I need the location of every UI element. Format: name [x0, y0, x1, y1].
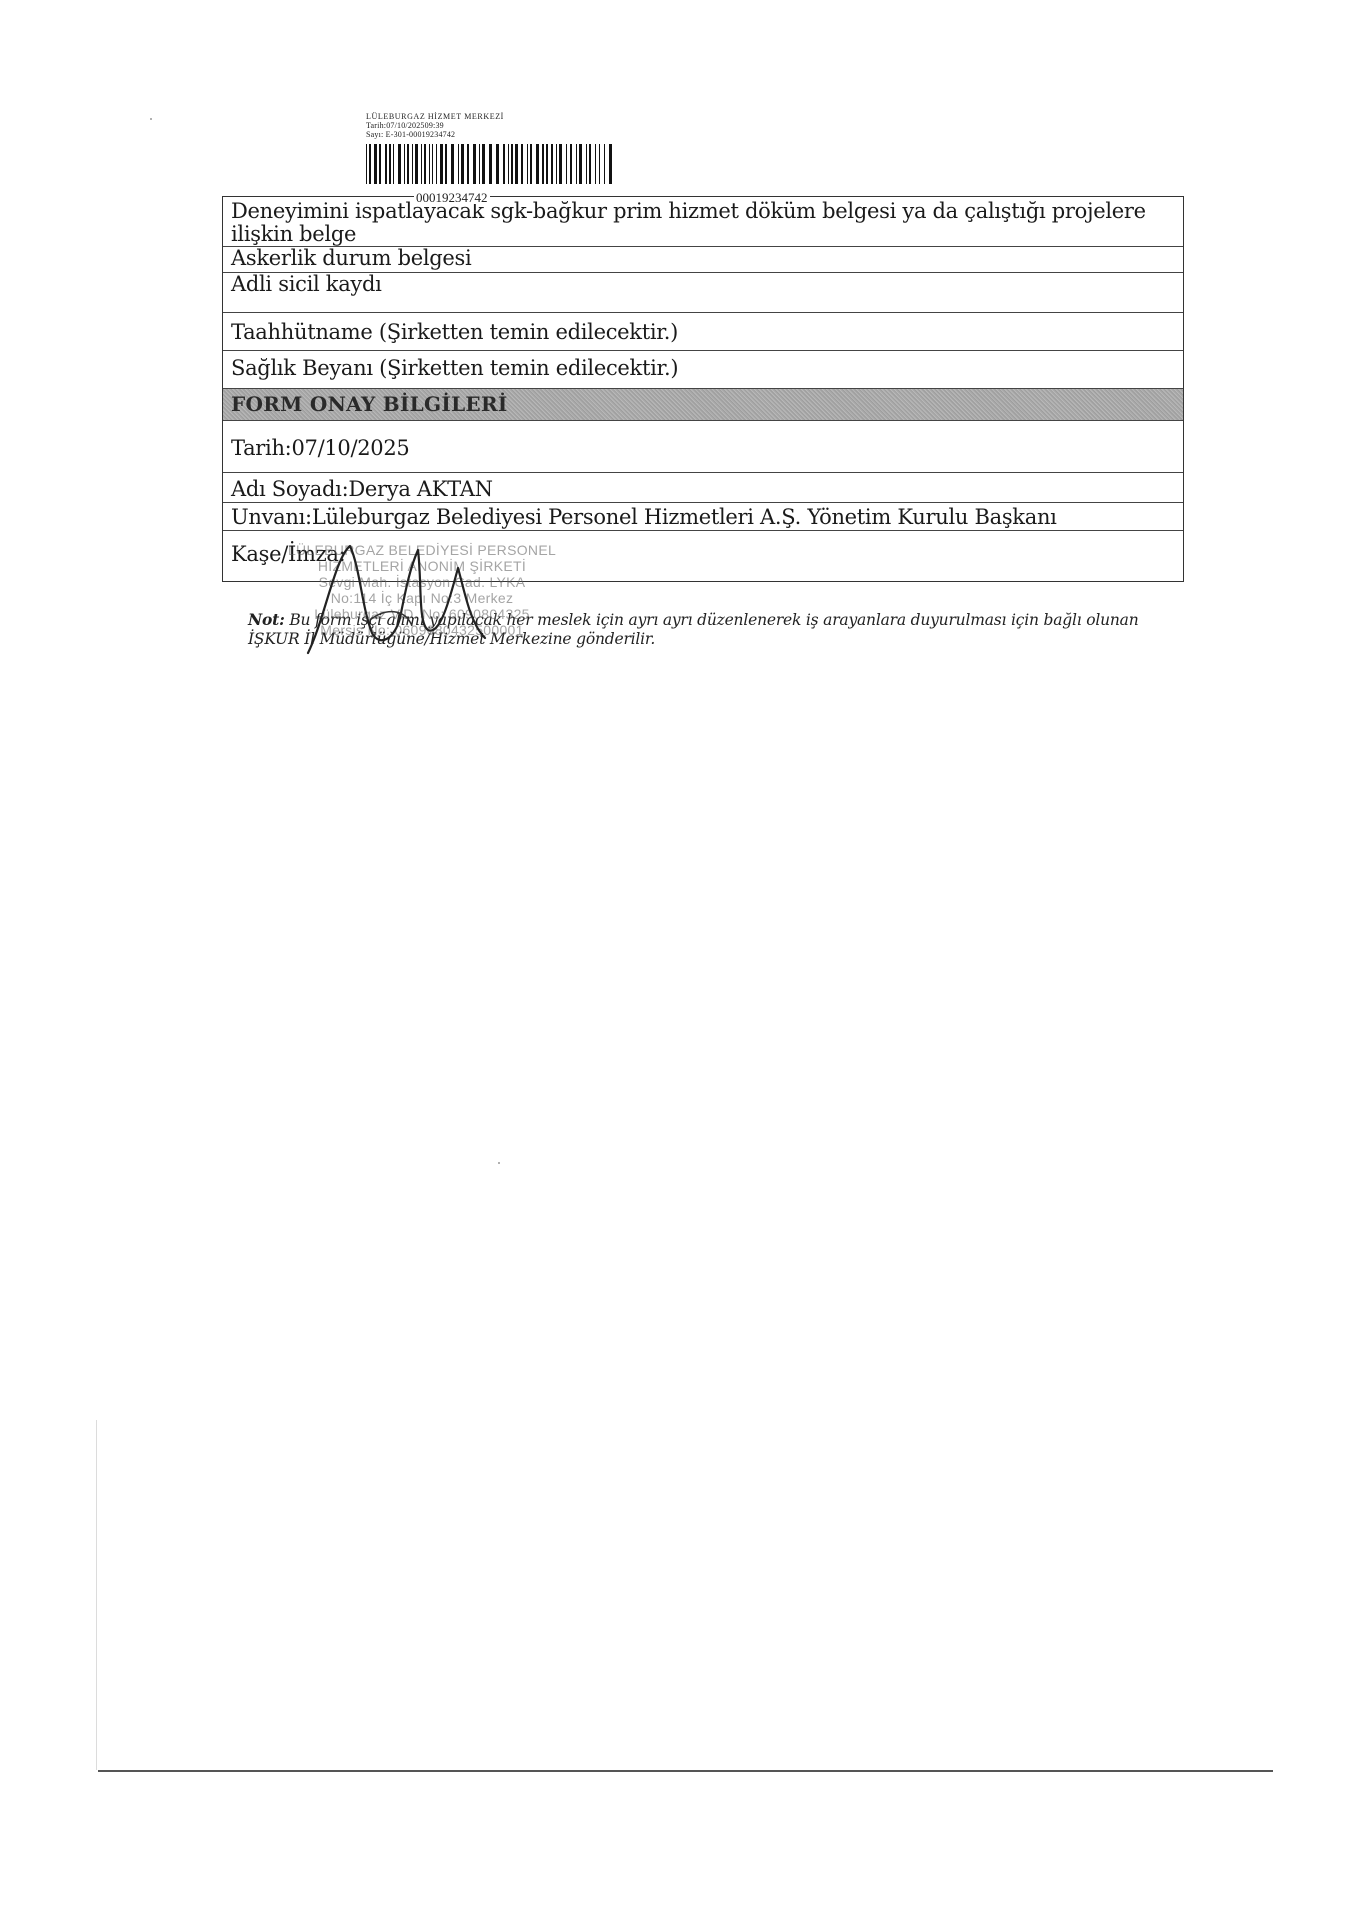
scan-speck: [498, 1162, 500, 1164]
row-health: Sağlık Beyanı (Şirketten temin edilecekt…: [223, 351, 1183, 389]
document-checklist-table: Deneyimini ispatlayacak sgk-bağkur prim …: [222, 196, 1184, 582]
seal-signature-field: Kaşe/İmza:: [223, 531, 1183, 581]
stamp-line: No:114 İç Kapı No:3 Merkez: [262, 590, 582, 606]
registry-stamp: LÜLEBURGAZ HİZMET MERKEZİ Tarih:07/10/20…: [366, 112, 626, 184]
note-label: Not:: [248, 610, 285, 629]
page-bottom-rule: [98, 1770, 1273, 1772]
row-criminal-record: Adli sicil kaydı: [223, 273, 1183, 313]
barcode-number: 00019234742: [414, 192, 490, 204]
approval-section-header: FORM ONAY BİLGİLERİ: [223, 389, 1183, 421]
approval-title: Unvanı:Lüleburgaz Belediyesi Personel Hi…: [223, 503, 1183, 531]
registry-date: Tarih:07/10/202509:39: [366, 121, 626, 130]
scan-speck: [150, 118, 152, 120]
scan-page-edge: [96, 1420, 97, 1770]
approval-name: Adı Soyadı:Derya AKTAN: [223, 473, 1183, 503]
barcode-icon: [366, 144, 614, 184]
registry-office: LÜLEBURGAZ HİZMET MERKEZİ: [366, 112, 626, 121]
footnote: Not: Bu form işçi alımı yapılacak her me…: [248, 610, 1188, 649]
registry-number: Sayı: E-301-00019234742: [366, 130, 626, 139]
approval-date: Tarih:07/10/2025: [223, 421, 1183, 473]
note-text: Bu form işçi alımı yapılacak her meslek …: [248, 611, 1139, 648]
row-experience: Deneyimini ispatlayacak sgk-bağkur prim …: [223, 197, 1183, 247]
row-military: Askerlik durum belgesi: [223, 247, 1183, 273]
row-undertaking: Taahhütname (Şirketten temin edilecektir…: [223, 313, 1183, 351]
